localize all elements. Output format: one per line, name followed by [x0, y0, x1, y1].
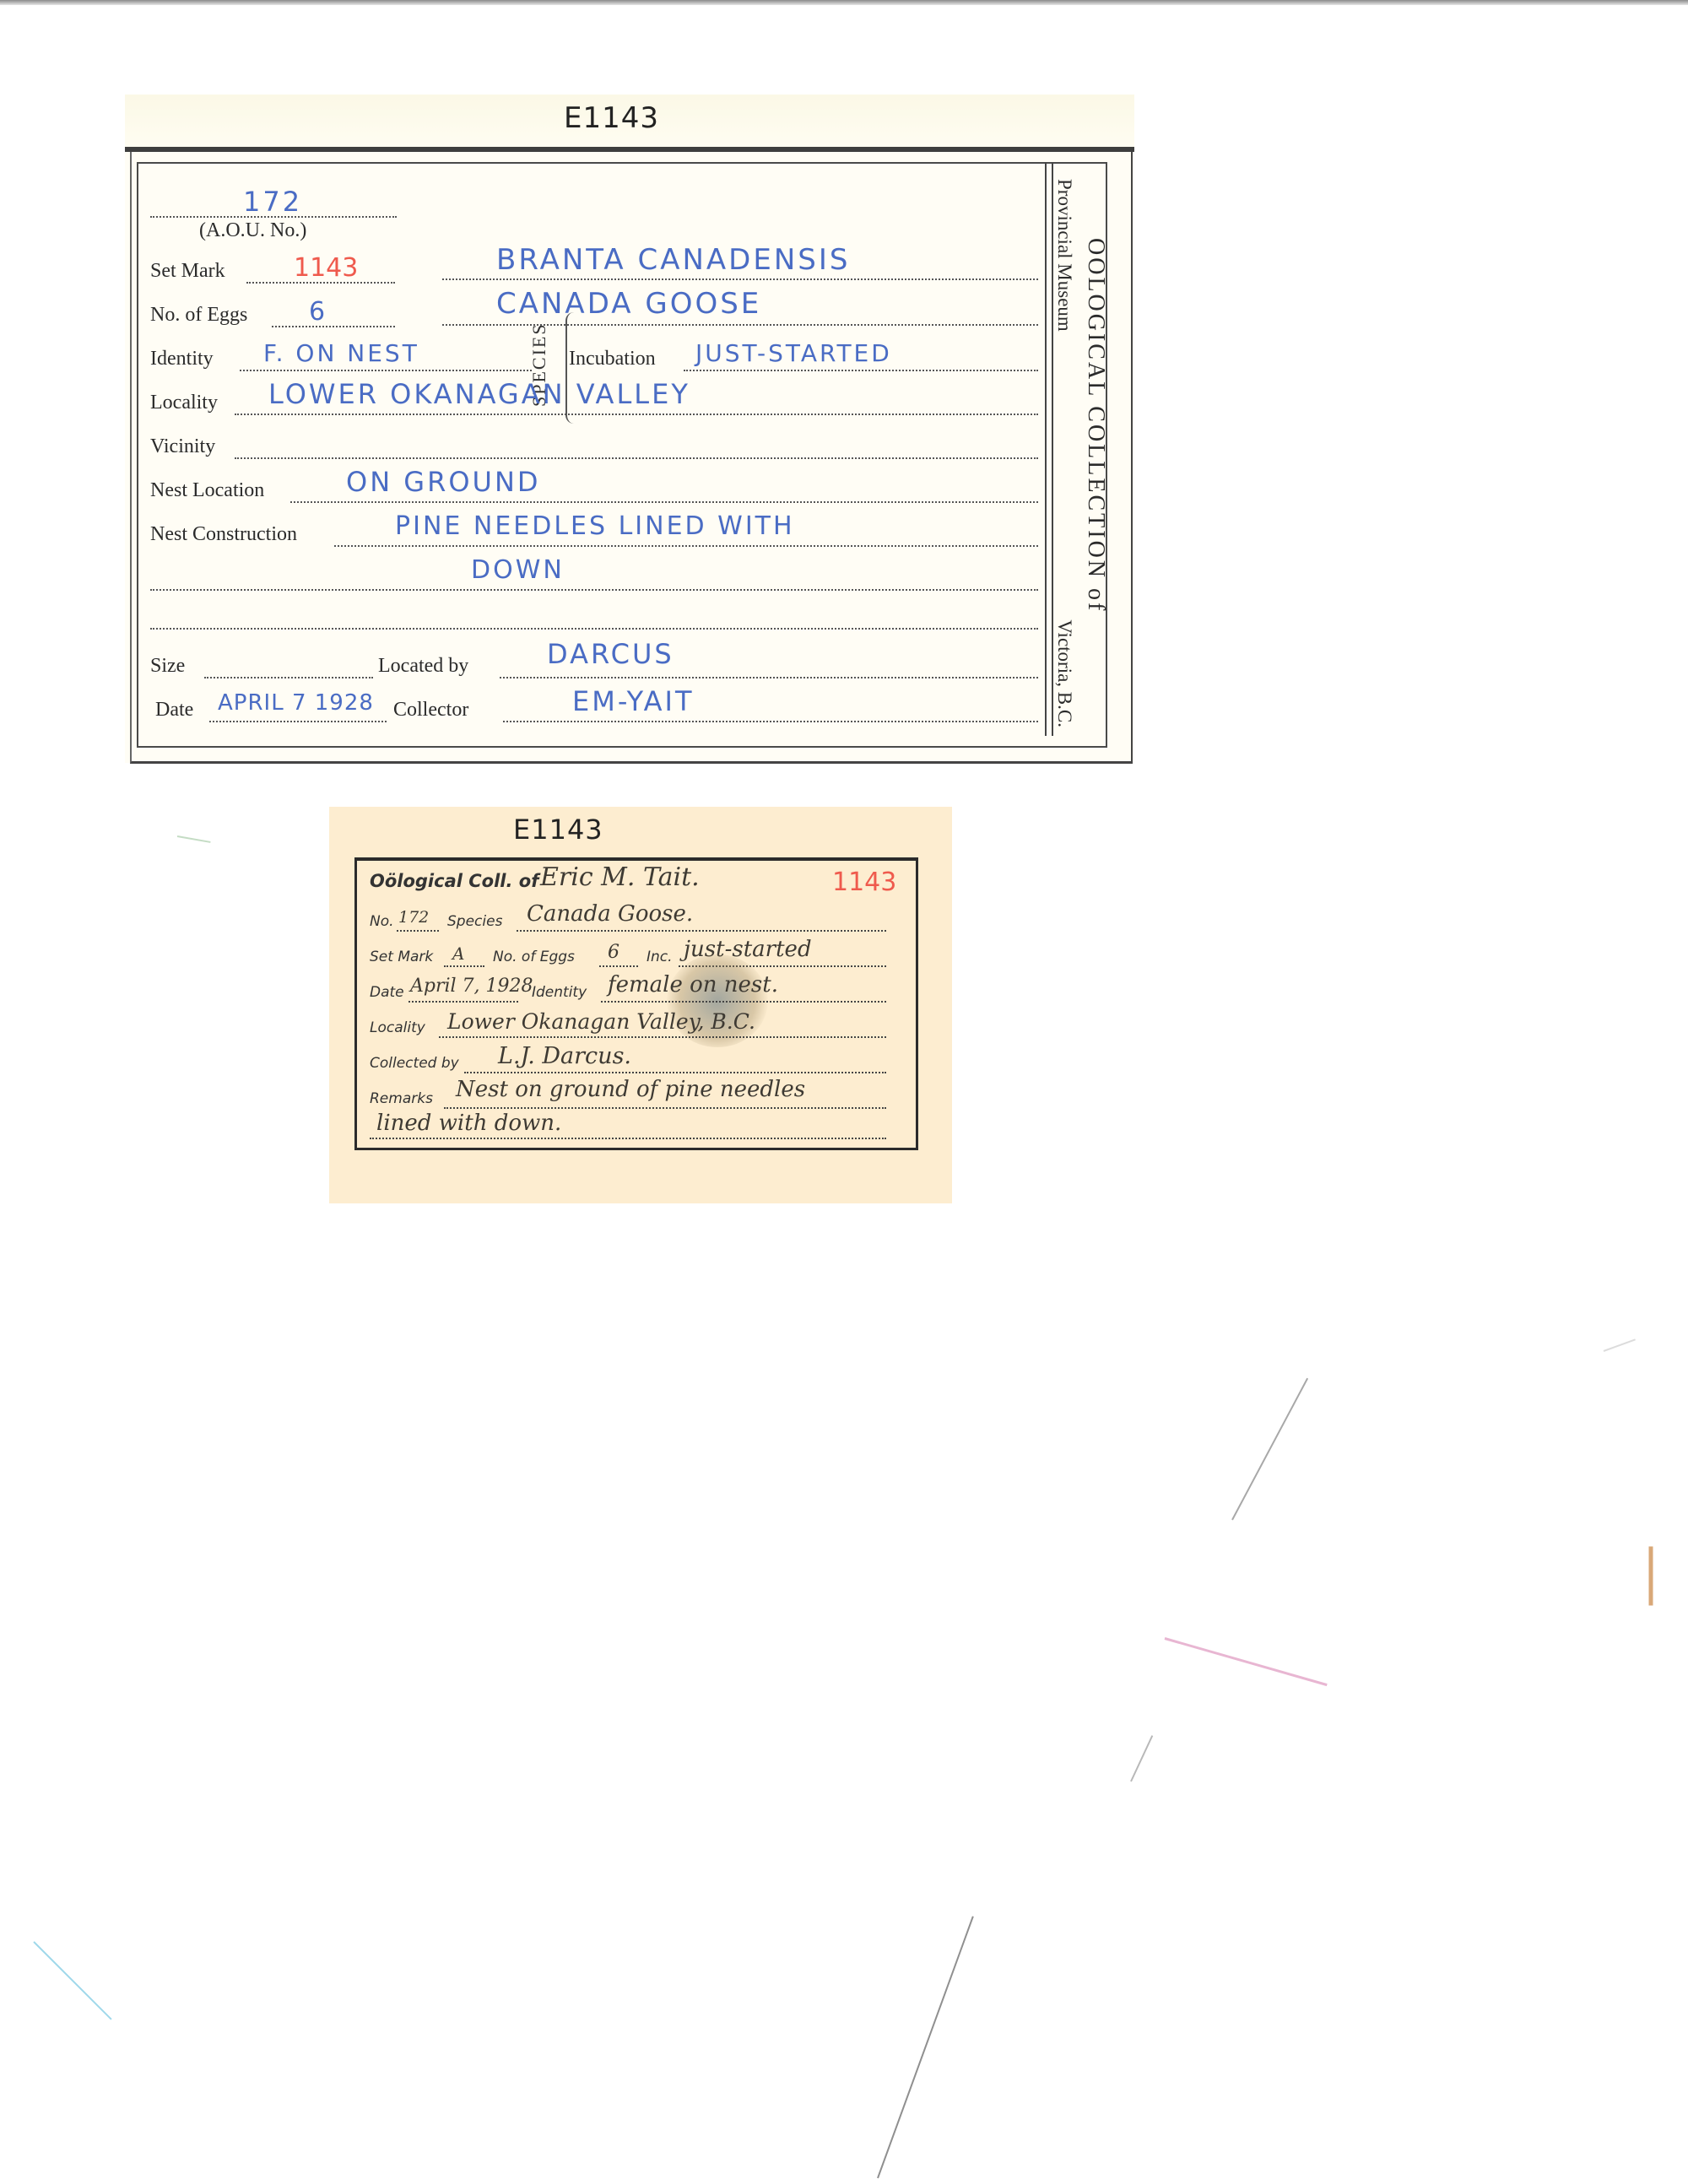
collection-owner: Eric M. Tait.	[540, 862, 700, 892]
size-label: Size	[150, 655, 185, 678]
nest-location-label: Nest Location	[150, 479, 264, 502]
scan-mark	[1130, 1735, 1153, 1781]
no-dotted-line	[397, 930, 439, 932]
scan-mark	[1604, 1338, 1636, 1352]
species-common-dotted-line	[442, 324, 1038, 326]
size-dotted-line	[204, 677, 373, 678]
side-title: OOLOGICAL COLLECTION of	[1082, 238, 1109, 613]
nest-location-value: ON GROUND	[346, 466, 541, 498]
date-value: APRIL 7 1928	[218, 690, 374, 716]
vicinity-label: Vicinity	[150, 435, 215, 458]
species-scientific-dotted-line	[442, 278, 1038, 280]
identity-dotted-line	[601, 1001, 886, 1003]
collector-label: Collector	[393, 699, 468, 722]
species-value: Canada Goose.	[527, 901, 693, 927]
identity-value: F. ON NEST	[263, 339, 419, 367]
locality-label: Locality	[150, 392, 218, 414]
scan-mark	[177, 835, 211, 843]
remarks-label: Remarks	[370, 1090, 433, 1107]
collector-label-card: E1143 Oölogical Coll. of Eric M. Tait. 1…	[329, 807, 952, 1203]
no-of-eggs-label: No. of Eggs	[150, 304, 247, 327]
no-label: No.	[370, 913, 394, 930]
aou-dotted-line	[150, 216, 397, 218]
no-value: 172	[398, 908, 429, 927]
remarks-line1: Nest on ground of pine needles	[456, 1077, 805, 1102]
no-of-eggs-label: No. of Eggs	[493, 949, 575, 965]
scan-mark	[1649, 1547, 1653, 1606]
locality-value: LOWER OKANAGAN VALLEY	[268, 378, 690, 410]
locality-dotted-line	[235, 414, 1038, 415]
date-label: Date	[370, 984, 404, 1001]
scan-mark	[33, 1941, 111, 2019]
accession-id: E1143	[564, 101, 659, 135]
collected-by-dotted-line	[464, 1072, 886, 1073]
species-scientific-value: BRANTA CANADENSIS	[496, 243, 850, 277]
incubation-dotted-line	[684, 370, 1038, 371]
scan-mark	[877, 1916, 974, 2179]
species-label: Species	[447, 913, 502, 930]
accession-id: E1143	[513, 814, 603, 846]
remarks-dotted-line	[444, 1107, 886, 1109]
identity-value: female on nest.	[608, 972, 778, 997]
no-of-eggs-dotted-line	[599, 965, 638, 967]
species-dotted-line	[517, 930, 886, 932]
locality-label: Locality	[370, 1019, 425, 1036]
no-of-eggs-dotted-line	[272, 326, 395, 327]
set-number-red: 1143	[832, 868, 896, 897]
side-rule-inner-1	[1045, 162, 1047, 736]
nest-construction-value-line1: PINE NEEDLES LINED WITH	[395, 511, 795, 541]
scan-mark	[1231, 1378, 1308, 1521]
located-by-value: DARCUS	[547, 638, 674, 670]
remarks-line2: lined with down.	[376, 1111, 561, 1136]
no-of-eggs-value: 6	[608, 942, 619, 963]
incubation-value: JUST-STARTED	[695, 339, 892, 367]
identity-dotted-line	[240, 370, 532, 371]
date-label: Date	[155, 699, 193, 722]
species-common-value: CANADA GOOSE	[496, 287, 761, 321]
nest-construction-dotted-line-2	[150, 589, 1038, 591]
side-institution: Provincial Museum	[1053, 179, 1075, 332]
date-dotted-line	[408, 1001, 518, 1003]
set-mark-label: Set Mark	[370, 949, 433, 965]
locality-dotted-line	[439, 1036, 886, 1038]
located-by-dotted-line	[500, 677, 1038, 678]
remarks-dotted-line-2	[370, 1138, 886, 1139]
collector-value: EM-YAIT	[572, 685, 695, 717]
vicinity-dotted-line	[235, 457, 1038, 459]
nest-construction-label: Nest Construction	[150, 523, 297, 546]
set-mark-dotted-line	[444, 965, 484, 967]
locality-value: Lower Okanagan Valley, B.C.	[447, 1009, 755, 1034]
nest-construction-value-line2: DOWN	[471, 555, 565, 585]
set-mark-value: 1143	[294, 253, 358, 283]
no-of-eggs-value: 6	[309, 297, 327, 327]
nest-construction-dotted-line	[334, 545, 1038, 547]
aou-number-value: 172	[243, 186, 302, 218]
scan-mark	[1165, 1637, 1328, 1686]
side-subtitle: Provincial Museum Victoria, B.C.	[1053, 179, 1075, 727]
collector-dotted-line	[503, 721, 1038, 722]
side-place: Victoria, B.C.	[1053, 619, 1075, 727]
date-value: April 7, 1928	[410, 976, 533, 997]
blank-dotted-line	[150, 628, 1038, 630]
inc-label: Inc.	[647, 949, 673, 965]
collected-by-label: Collected by	[370, 1055, 459, 1072]
collection-title: Oölogical Coll. of	[370, 871, 538, 891]
incubation-label: Incubation	[569, 348, 656, 370]
nest-location-dotted-line	[290, 501, 1038, 503]
set-mark-value: A	[452, 943, 464, 964]
date-dotted-line	[209, 721, 387, 722]
set-mark-label: Set Mark	[150, 260, 225, 283]
scan-edge-shadow	[0, 0, 1688, 5]
located-by-label: Located by	[378, 655, 468, 678]
identity-label: Identity	[150, 348, 214, 370]
identity-label: Identity	[532, 984, 587, 1001]
museum-data-card: E1143 172 (A.O.U. No.) Set Mark 1143 No.…	[125, 95, 1134, 763]
aou-number-label: (A.O.U. No.)	[199, 219, 306, 242]
collected-by-value: L.J. Darcus.	[498, 1043, 631, 1069]
